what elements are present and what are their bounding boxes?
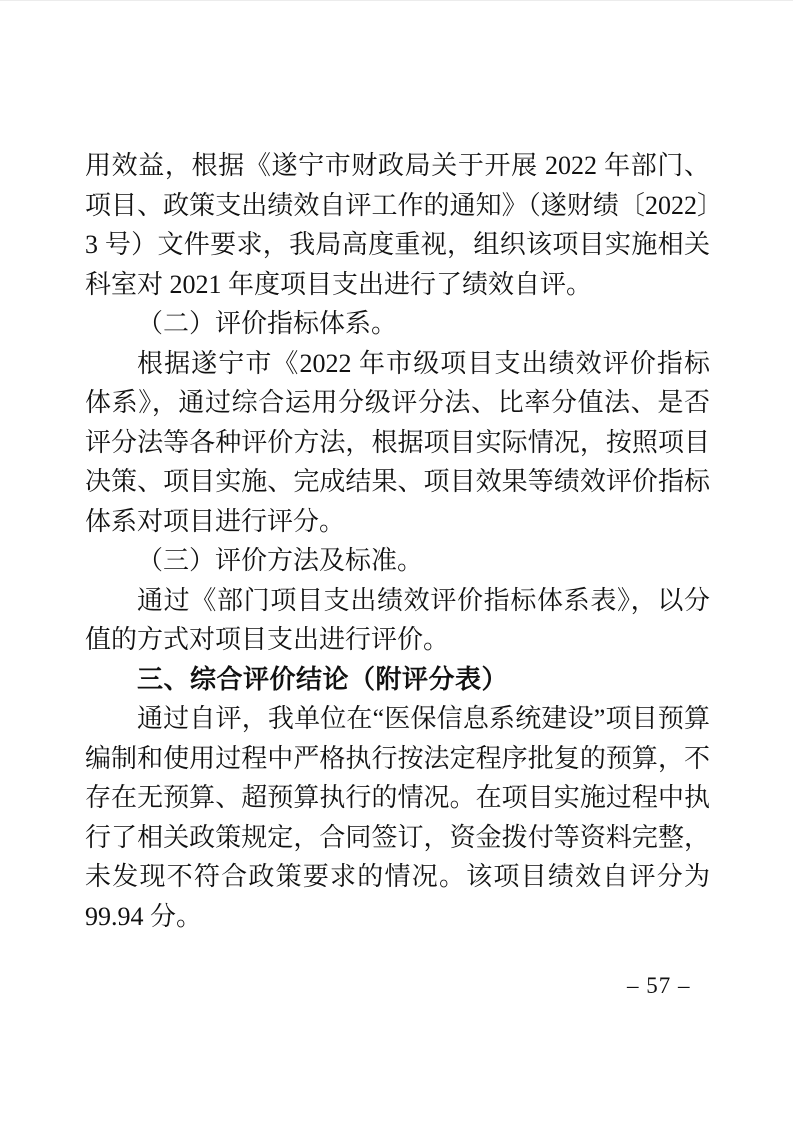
paragraph-evaluation-index-detail: 根据遂宁市《2022 年市级项目支出绩效评价指标体系》，通过综合运用分级评分法、… (85, 344, 710, 542)
paragraph-self-evaluation-basis: 用效益，根据《遂宁市财政局关于开展 2022 年部门、项目、政策支出绩效自评工作… (85, 146, 710, 304)
page-number: – 57 – (627, 973, 707, 999)
document-body: 用效益，根据《遂宁市财政局关于开展 2022 年部门、项目、政策支出绩效自评工作… (85, 146, 710, 936)
document-page: 用效益，根据《遂宁市财政局关于开展 2022 年部门、项目、政策支出绩效自评工作… (0, 0, 793, 1122)
paragraph-evaluation-method-detail: 通过《部门项目支出绩效评价指标体系表》，以分值的方式对项目支出进行评价。 (85, 581, 710, 660)
subheading-evaluation-index-system: （二）评价指标体系。 (85, 304, 710, 344)
subheading-evaluation-method-standard: （三）评价方法及标准。 (85, 541, 710, 581)
heading-comprehensive-evaluation-conclusion: 三、综合评价结论（附评分表） (85, 660, 710, 700)
paragraph-conclusion-detail: 通过自评，我单位在“医保信息系统建设”项目预算编制和使用过程中严格执行按法定程序… (85, 699, 710, 936)
